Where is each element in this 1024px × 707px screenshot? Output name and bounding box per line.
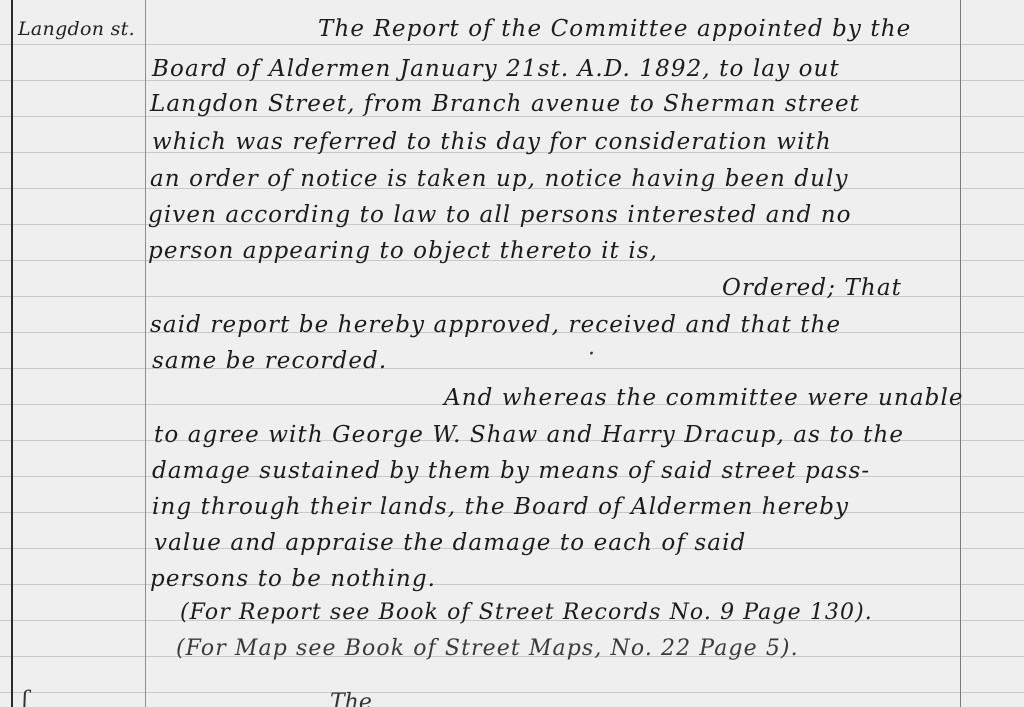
reference-line-report: (For Report see Book of Street Records N… <box>180 600 873 625</box>
text-line-3: Langdon Street, from Branch avenue to Sh… <box>150 91 860 117</box>
text-line-10: same be recorded. <box>152 348 387 374</box>
partial-next-entry-text: The <box>330 690 372 707</box>
text-line-5: an order of notice is taken up, notice h… <box>150 166 849 192</box>
text-line-16: persons to be nothing. <box>150 566 436 592</box>
text-line-7: person appearing to object thereto it is… <box>148 238 658 264</box>
text-line-8-ordered: Ordered; That <box>722 275 902 301</box>
text-line-4: which was referred to this day for consi… <box>152 129 832 155</box>
partial-next-margin-note: ʃ <box>22 688 28 707</box>
text-line-9: said report be hereby approved, received… <box>150 312 841 338</box>
right-margin-rule <box>960 0 961 707</box>
margin-rule <box>145 0 146 707</box>
text-line-2: Board of Aldermen January 21st. A.D. 189… <box>152 56 840 82</box>
reference-line-map: (For Map see Book of Street Maps, No. 22… <box>176 636 799 661</box>
margin-note-street-name: Langdon st. <box>18 18 135 40</box>
text-line-6: given according to law to all persons in… <box>148 202 852 228</box>
text-line-11: And whereas the committee were unable <box>444 385 964 411</box>
text-line-14: ing through their lands, the Board of Al… <box>152 494 849 520</box>
left-border-rule <box>11 0 13 707</box>
text-line-13: damage sustained by them by means of sai… <box>152 458 870 484</box>
text-line-12: to agree with George W. Shaw and Harry D… <box>154 422 904 448</box>
ink-dot: · <box>588 342 595 367</box>
text-line-15: value and appraise the damage to each of… <box>154 530 746 556</box>
text-line-1: The Report of the Committee appointed by… <box>318 16 911 42</box>
ledger-page: Langdon st. The Report of the Committee … <box>0 0 1024 707</box>
